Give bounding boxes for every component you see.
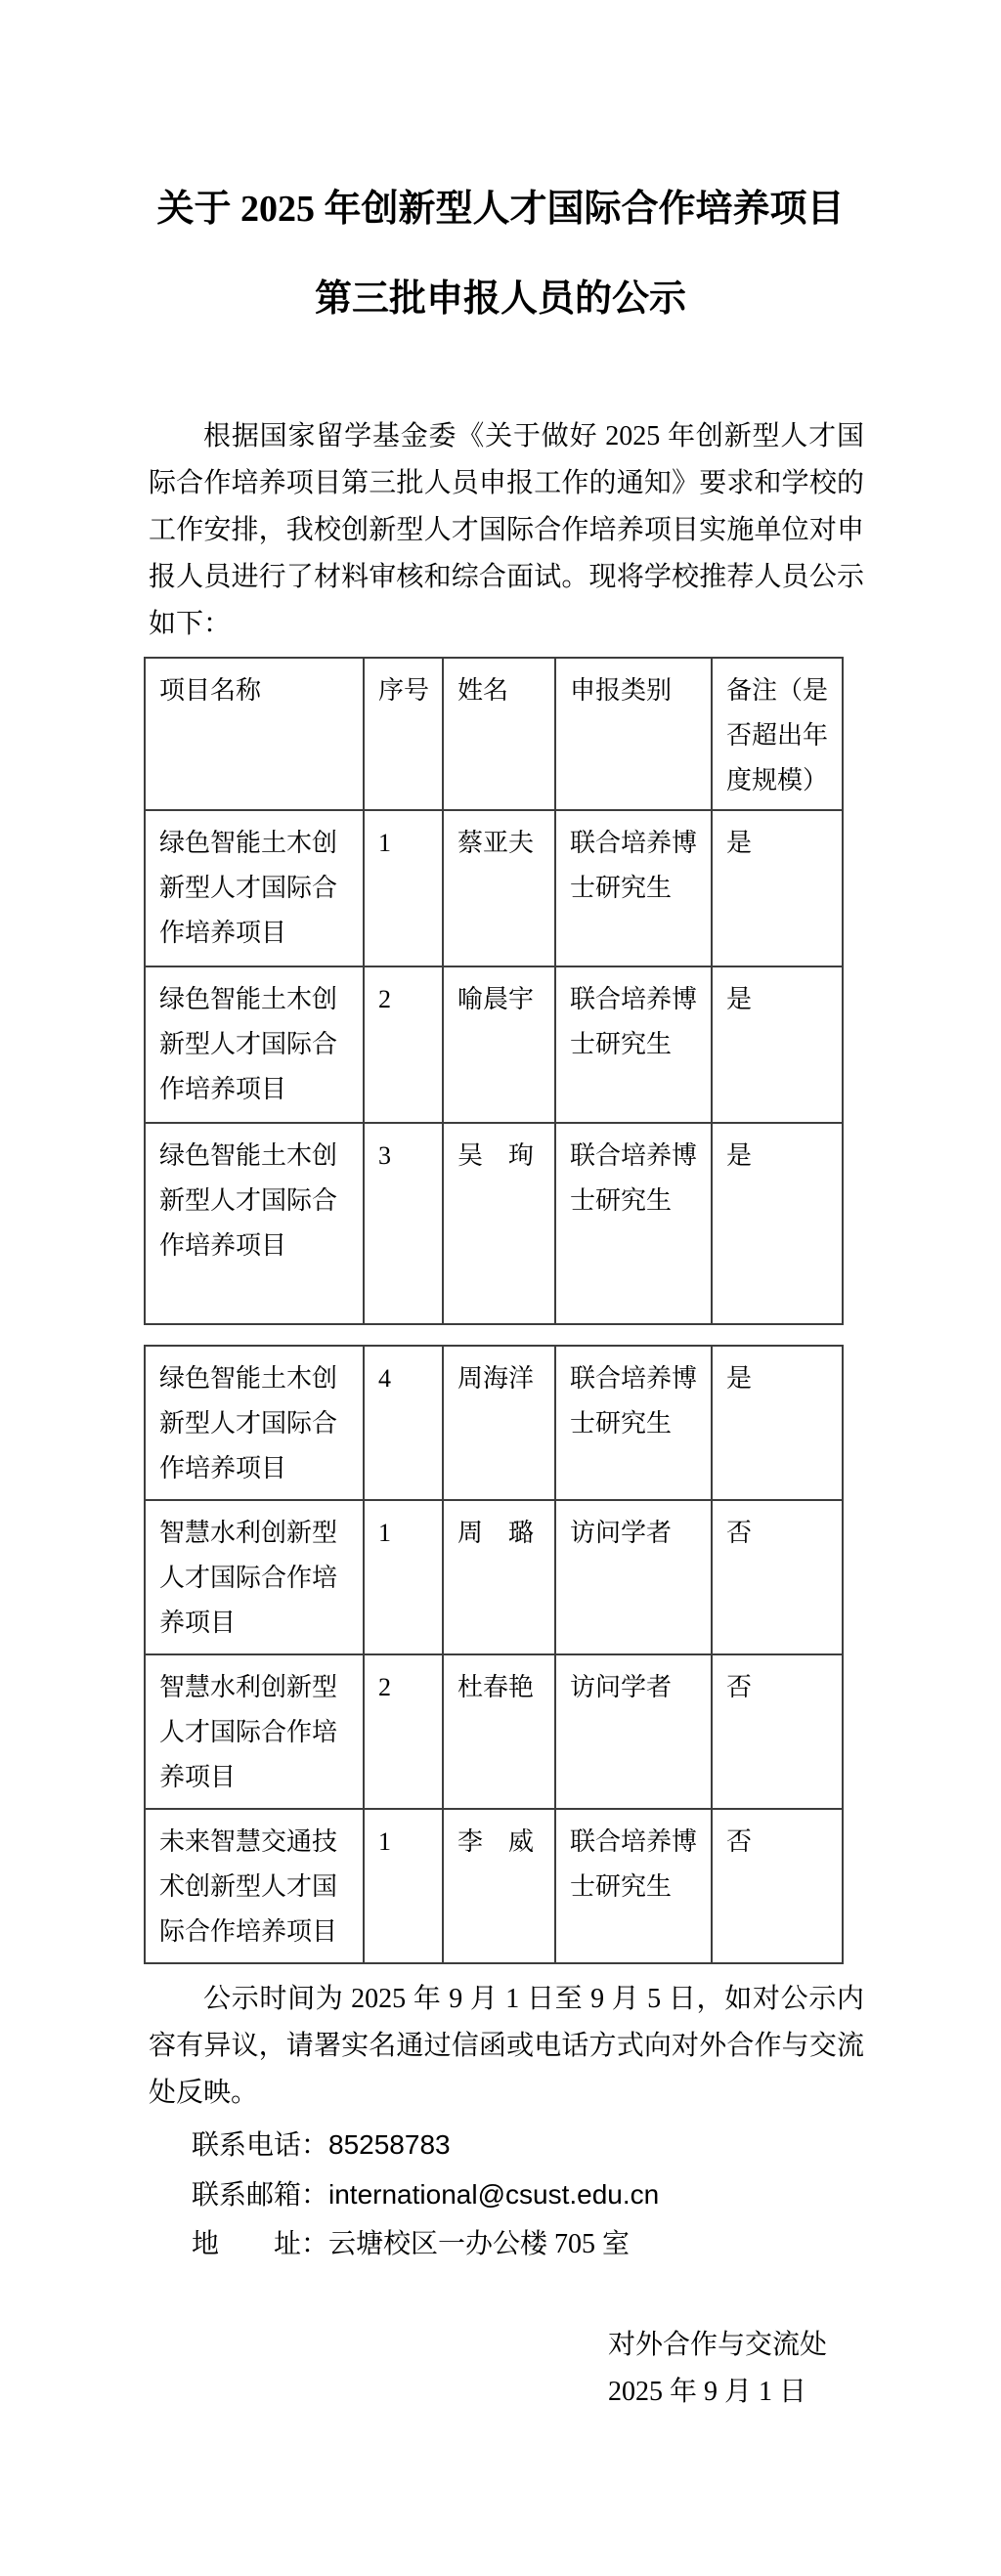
contact-block: 联系电话：85258783 联系邮箱：international@csust.e… — [192, 2121, 1001, 2269]
cell-applicant-name: 周 璐 — [443, 1500, 555, 1654]
cell-note: 否 — [712, 1500, 843, 1654]
cell-application-category: 联合培养博士研究生 — [555, 1346, 712, 1500]
closing-paragraph: 公示时间为 2025 年 9 月 1 日至 9 月 5 日，如对公示内容有异议，… — [149, 1976, 864, 2117]
cell-applicant-name: 蔡亚夫 — [443, 810, 555, 966]
title-line-1: 关于 2025 年创新型人才国际合作培养项目 — [0, 164, 1001, 254]
cell-note: 是 — [712, 1346, 843, 1500]
contact-email-label: 联系邮箱： — [192, 2180, 328, 2211]
cell-application-category: 联合培养博士研究生 — [555, 810, 712, 966]
cell-application-category: 联合培养博士研究生 — [555, 966, 712, 1123]
contact-line-phone: 联系电话：85258783 — [192, 2121, 1001, 2170]
cell-project-name: 绿色智能土木创新型人才国际合作培养项目 — [145, 810, 364, 966]
cell-project-name: 智慧水利创新型人才国际合作培养项目 — [145, 1500, 364, 1654]
document-title: 关于 2025 年创新型人才国际合作培养项目 第三批申报人员的公示 — [0, 164, 1001, 344]
document-page: 关于 2025 年创新型人才国际合作培养项目 第三批申报人员的公示 根据国家留学… — [0, 0, 1001, 2576]
title-line-2: 第三批申报人员的公示 — [0, 254, 1001, 344]
cell-serial-number: 1 — [364, 1809, 443, 1963]
cell-applicant-name: 杜春艳 — [443, 1654, 555, 1809]
contact-address-value: 云塘校区一办公楼 705 室 — [328, 2229, 630, 2259]
signature-org: 对外合作与交流处 — [608, 2322, 1001, 2369]
signature-date: 2025 年 9 月 1 日 — [608, 2369, 1001, 2416]
header-cell: 申报类别 — [555, 658, 712, 810]
cell-project-name: 绿色智能土木创新型人才国际合作培养项目 — [145, 1123, 364, 1324]
cell-note: 否 — [712, 1654, 843, 1809]
contact-phone-value: 85258783 — [328, 2129, 451, 2160]
table-row: 智慧水利创新型人才国际合作培养项目2杜春艳访问学者否 — [145, 1654, 843, 1809]
table-header-row: 项目名称序号姓名申报类别备注（是否超出年度规模） — [145, 658, 843, 810]
applicants-table-part-1: 项目名称序号姓名申报类别备注（是否超出年度规模）绿色智能土木创新型人才国际合作培… — [144, 657, 844, 1325]
header-cell: 姓名 — [443, 658, 555, 810]
table-row: 绿色智能土木创新型人才国际合作培养项目3吴 珣联合培养博士研究生是 — [145, 1123, 843, 1324]
table-row: 智慧水利创新型人才国际合作培养项目1周 璐访问学者否 — [145, 1500, 843, 1654]
cell-serial-number: 2 — [364, 966, 443, 1123]
cell-note: 是 — [712, 810, 843, 966]
cell-note: 否 — [712, 1809, 843, 1963]
table-row: 绿色智能土木创新型人才国际合作培养项目4周海洋联合培养博士研究生是 — [145, 1346, 843, 1500]
signature-block: 对外合作与交流处 2025 年 9 月 1 日 — [608, 2322, 1001, 2416]
cell-application-category: 访问学者 — [555, 1654, 712, 1809]
contact-email-value: international@csust.edu.cn — [328, 2179, 659, 2210]
cell-project-name: 绿色智能土木创新型人才国际合作培养项目 — [145, 966, 364, 1123]
cell-applicant-name: 周海洋 — [443, 1346, 555, 1500]
contact-line-email: 联系邮箱：international@csust.edu.cn — [192, 2170, 1001, 2220]
table-row: 未来智慧交通技术创新型人才国际合作培养项目1李 威联合培养博士研究生否 — [145, 1809, 843, 1963]
table-row: 绿色智能土木创新型人才国际合作培养项目2喻晨宇联合培养博士研究生是 — [145, 966, 843, 1123]
intro-paragraph: 根据国家留学基金委《关于做好 2025 年创新型人才国际合作培养项目第三批人员申… — [149, 413, 864, 648]
cell-application-category: 联合培养博士研究生 — [555, 1123, 712, 1324]
contact-address-label: 地 址： — [192, 2229, 328, 2259]
cell-applicant-name: 李 威 — [443, 1809, 555, 1963]
contact-line-address: 地 址：云塘校区一办公楼 705 室 — [192, 2220, 1001, 2269]
header-cell: 项目名称 — [145, 658, 364, 810]
header-cell: 序号 — [364, 658, 443, 810]
cell-project-name: 未来智慧交通技术创新型人才国际合作培养项目 — [145, 1809, 364, 1963]
contact-phone-label: 联系电话： — [192, 2130, 328, 2161]
cell-serial-number: 2 — [364, 1654, 443, 1809]
cell-project-name: 智慧水利创新型人才国际合作培养项目 — [145, 1654, 364, 1809]
header-cell: 备注（是否超出年度规模） — [712, 658, 843, 810]
cell-application-category: 联合培养博士研究生 — [555, 1809, 712, 1963]
cell-application-category: 访问学者 — [555, 1500, 712, 1654]
cell-note: 是 — [712, 1123, 843, 1324]
cell-note: 是 — [712, 966, 843, 1123]
cell-serial-number: 1 — [364, 1500, 443, 1654]
cell-applicant-name: 喻晨宇 — [443, 966, 555, 1123]
cell-project-name: 绿色智能土木创新型人才国际合作培养项目 — [145, 1346, 364, 1500]
cell-serial-number: 4 — [364, 1346, 443, 1500]
cell-applicant-name: 吴 珣 — [443, 1123, 555, 1324]
cell-serial-number: 3 — [364, 1123, 443, 1324]
applicants-table-part-2: 绿色智能土木创新型人才国际合作培养项目4周海洋联合培养博士研究生是智慧水利创新型… — [144, 1345, 844, 1964]
table-row: 绿色智能土木创新型人才国际合作培养项目1蔡亚夫联合培养博士研究生是 — [145, 810, 843, 966]
cell-serial-number: 1 — [364, 810, 443, 966]
